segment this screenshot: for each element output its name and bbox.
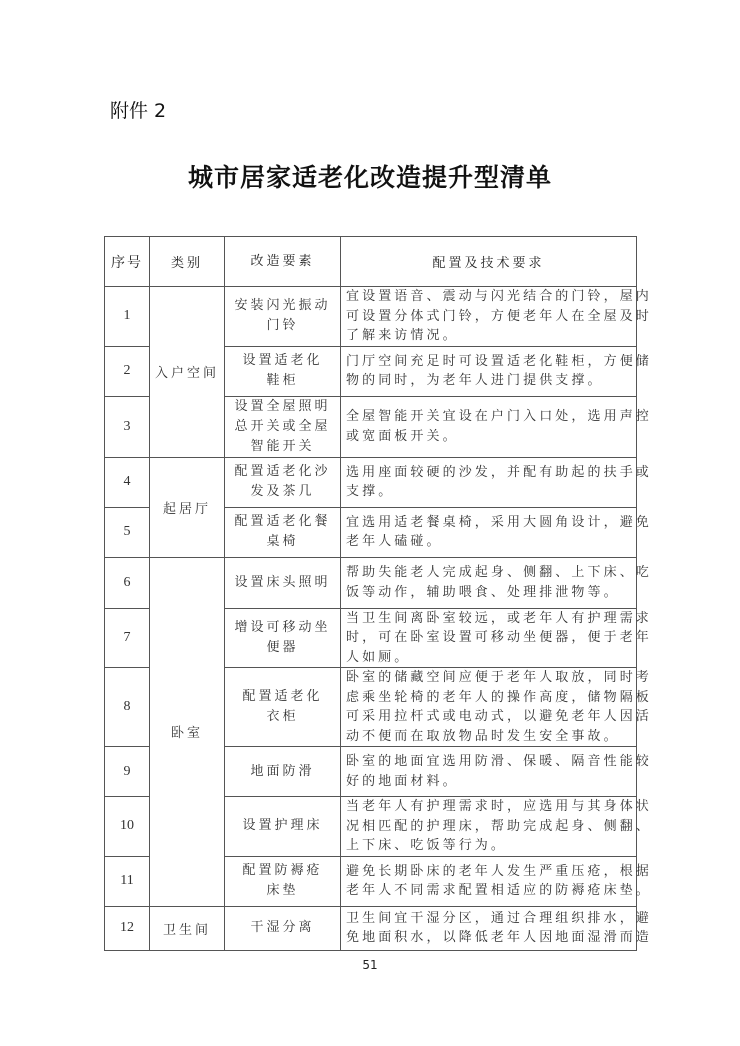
element-line: 总开关或全屋 xyxy=(225,417,340,437)
category-cell: 入户空间 xyxy=(150,287,225,458)
requirement-line: 饭等动作，辅助喂食、处理排泄物等。 xyxy=(346,583,634,603)
element-cell: 干湿分离 xyxy=(225,906,341,950)
row-number: 4 xyxy=(105,457,150,507)
element-line: 干湿分离 xyxy=(225,918,340,938)
element-cell: 配置防褥疮床垫 xyxy=(225,856,341,906)
element-line: 发及茶几 xyxy=(225,482,340,502)
element-line: 安装闪光振动 xyxy=(225,296,340,316)
element-line: 配置适老化餐 xyxy=(225,512,340,532)
requirement-line: 了解来访情况。 xyxy=(346,326,634,346)
requirement-cell: 帮助失能老人完成起身、侧翻、上下床、吃饭等动作，辅助喂食、处理排泄物等。 xyxy=(341,557,637,608)
table-row: 4起居厅配置适老化沙发及茶几选用座面较硬的沙发，并配有助起的扶手或支撑。 xyxy=(105,457,637,507)
requirement-line: 人如厕。 xyxy=(346,648,634,668)
element-line: 衣柜 xyxy=(225,707,340,727)
element-line: 设置适老化 xyxy=(225,351,340,371)
requirement-line: 全屋智能开关宜设在户门入口处，选用声控 xyxy=(346,407,634,427)
element-line: 设置床头照明 xyxy=(225,573,340,593)
requirement-cell: 宜设置语音、震动与闪光结合的门铃，屋内可设置分体式门铃，方便老年人在全屋及时了解… xyxy=(341,287,637,347)
element-cell: 地面防滑 xyxy=(225,747,341,797)
requirement-line: 老年人磕碰。 xyxy=(346,532,634,552)
requirement-line: 虑乘坐轮椅的老年人的操作高度，储物隔板 xyxy=(346,688,634,708)
requirement-line: 卧室的地面宜选用防滑、保暖、隔音性能较 xyxy=(346,752,634,772)
header-category: 类别 xyxy=(150,237,225,287)
element-line: 配置适老化 xyxy=(225,687,340,707)
requirement-line: 卫生间宜干湿分区，通过合理组织排水，避 xyxy=(346,909,634,929)
table-body: 1入户空间安装闪光振动门铃宜设置语音、震动与闪光结合的门铃，屋内可设置分体式门铃… xyxy=(105,287,637,951)
element-cell: 设置全屋照明总开关或全屋智能开关 xyxy=(225,396,341,457)
element-line: 增设可移动坐 xyxy=(225,618,340,638)
element-line: 设置护理床 xyxy=(225,816,340,836)
requirement-line: 卧室的储藏空间应便于老年人取放，同时考 xyxy=(346,668,634,688)
row-number: 2 xyxy=(105,346,150,396)
element-cell: 配置适老化餐桌椅 xyxy=(225,507,341,557)
element-line: 便器 xyxy=(225,638,340,658)
element-cell: 设置护理床 xyxy=(225,797,341,857)
element-line: 鞋柜 xyxy=(225,371,340,391)
requirement-line: 门厅空间充足时可设置适老化鞋柜，方便储 xyxy=(346,352,634,372)
requirement-line: 当老年人有护理需求时，应选用与其身体状 xyxy=(346,797,634,817)
element-line: 设置全屋照明 xyxy=(225,397,340,417)
requirement-line: 帮助失能老人完成起身、侧翻、上下床、吃 xyxy=(346,563,634,583)
requirement-cell: 全屋智能开关宜设在户门入口处，选用声控或宽面板开关。 xyxy=(341,396,637,457)
requirement-cell: 卧室的地面宜选用防滑、保暖、隔音性能较好的地面材料。 xyxy=(341,747,637,797)
element-line: 智能开关 xyxy=(225,437,340,457)
requirement-line: 动不便而在取放物品时发生安全事故。 xyxy=(346,727,634,747)
row-number: 6 xyxy=(105,557,150,608)
table-header-row: 序号 类别 改造要素 配置及技术要求 xyxy=(105,237,637,287)
table-row: 6卧室设置床头照明帮助失能老人完成起身、侧翻、上下床、吃饭等动作，辅助喂食、处理… xyxy=(105,557,637,608)
header-requirement: 配置及技术要求 xyxy=(341,237,637,287)
row-number: 11 xyxy=(105,856,150,906)
element-line: 门铃 xyxy=(225,316,340,336)
row-number: 10 xyxy=(105,797,150,857)
element-cell: 配置适老化衣柜 xyxy=(225,668,341,747)
requirement-line: 当卫生间离卧室较远，或老年人有护理需求 xyxy=(346,609,634,629)
category-cell: 卧室 xyxy=(150,557,225,906)
table-row: 12卫生间干湿分离卫生间宜干湿分区，通过合理组织排水，避免地面积水，以降低老年人… xyxy=(105,906,637,950)
row-number: 5 xyxy=(105,507,150,557)
table-row: 1入户空间安装闪光振动门铃宜设置语音、震动与闪光结合的门铃，屋内可设置分体式门铃… xyxy=(105,287,637,347)
requirement-line: 宜选用适老餐桌椅，采用大圆角设计，避免 xyxy=(346,513,634,533)
row-number: 8 xyxy=(105,668,150,747)
row-number: 1 xyxy=(105,287,150,347)
requirement-line: 宜设置语音、震动与闪光结合的门铃，屋内 xyxy=(346,287,634,307)
requirement-line: 可设置分体式门铃，方便老年人在全屋及时 xyxy=(346,307,634,327)
row-number: 3 xyxy=(105,396,150,457)
element-line: 配置防褥疮 xyxy=(225,861,340,881)
element-line: 床垫 xyxy=(225,881,340,901)
requirement-cell: 宜选用适老餐桌椅，采用大圆角设计，避免老年人磕碰。 xyxy=(341,507,637,557)
requirement-line: 避免长期卧床的老年人发生严重压疮，根据 xyxy=(346,862,634,882)
row-number: 7 xyxy=(105,608,150,668)
requirement-line: 上下床、吃饭等行为。 xyxy=(346,836,634,856)
header-element: 改造要素 xyxy=(225,237,341,287)
requirement-line: 况相匹配的护理床，帮助完成起身、侧翻、 xyxy=(346,817,634,837)
category-cell: 卫生间 xyxy=(150,906,225,950)
requirement-line: 物的同时，为老年人进门提供支撑。 xyxy=(346,371,634,391)
requirement-line: 可采用拉杆式或电动式，以避免老年人因活 xyxy=(346,707,634,727)
element-cell: 安装闪光振动门铃 xyxy=(225,287,341,347)
header-number: 序号 xyxy=(105,237,150,287)
requirement-cell: 当卫生间离卧室较远，或老年人有护理需求时，可在卧室设置可移动坐便器，便于老年人如… xyxy=(341,608,637,668)
row-number: 12 xyxy=(105,906,150,950)
requirement-cell: 避免长期卧床的老年人发生严重压疮，根据老年人不同需求配置相适应的防褥疮床垫。 xyxy=(341,856,637,906)
element-line: 桌椅 xyxy=(225,532,340,552)
element-cell: 设置床头照明 xyxy=(225,557,341,608)
attachment-label: 附件 2 xyxy=(110,96,166,123)
element-cell: 增设可移动坐便器 xyxy=(225,608,341,668)
page-number: 51 xyxy=(0,958,740,972)
renovation-checklist-table: 序号 类别 改造要素 配置及技术要求 1入户空间安装闪光振动门铃宜设置语音、震动… xyxy=(104,236,637,951)
requirement-line: 免地面积水，以降低老年人因地面湿滑而造 xyxy=(346,928,634,948)
row-number: 9 xyxy=(105,747,150,797)
requirement-line: 支撑。 xyxy=(346,482,634,502)
element-cell: 配置适老化沙发及茶几 xyxy=(225,457,341,507)
requirement-cell: 当老年人有护理需求时，应选用与其身体状况相匹配的护理床，帮助完成起身、侧翻、上下… xyxy=(341,797,637,857)
element-line: 配置适老化沙 xyxy=(225,462,340,482)
requirement-line: 时，可在卧室设置可移动坐便器，便于老年 xyxy=(346,628,634,648)
element-line: 地面防滑 xyxy=(225,762,340,782)
element-cell: 设置适老化鞋柜 xyxy=(225,346,341,396)
requirement-cell: 门厅空间充足时可设置适老化鞋柜，方便储物的同时，为老年人进门提供支撑。 xyxy=(341,346,637,396)
requirement-line: 老年人不同需求配置相适应的防褥疮床垫。 xyxy=(346,881,634,901)
requirement-cell: 选用座面较硬的沙发，并配有助起的扶手或支撑。 xyxy=(341,457,637,507)
requirement-cell: 卧室的储藏空间应便于老年人取放，同时考虑乘坐轮椅的老年人的操作高度，储物隔板可采… xyxy=(341,668,637,747)
category-cell: 起居厅 xyxy=(150,457,225,557)
requirement-cell: 卫生间宜干湿分区，通过合理组织排水，避免地面积水，以降低老年人因地面湿滑而造 xyxy=(341,906,637,950)
requirement-line: 选用座面较硬的沙发，并配有助起的扶手或 xyxy=(346,463,634,483)
requirement-line: 好的地面材料。 xyxy=(346,772,634,792)
document-title: 城市居家适老化改造提升型清单 xyxy=(0,158,740,194)
requirement-line: 或宽面板开关。 xyxy=(346,427,634,447)
